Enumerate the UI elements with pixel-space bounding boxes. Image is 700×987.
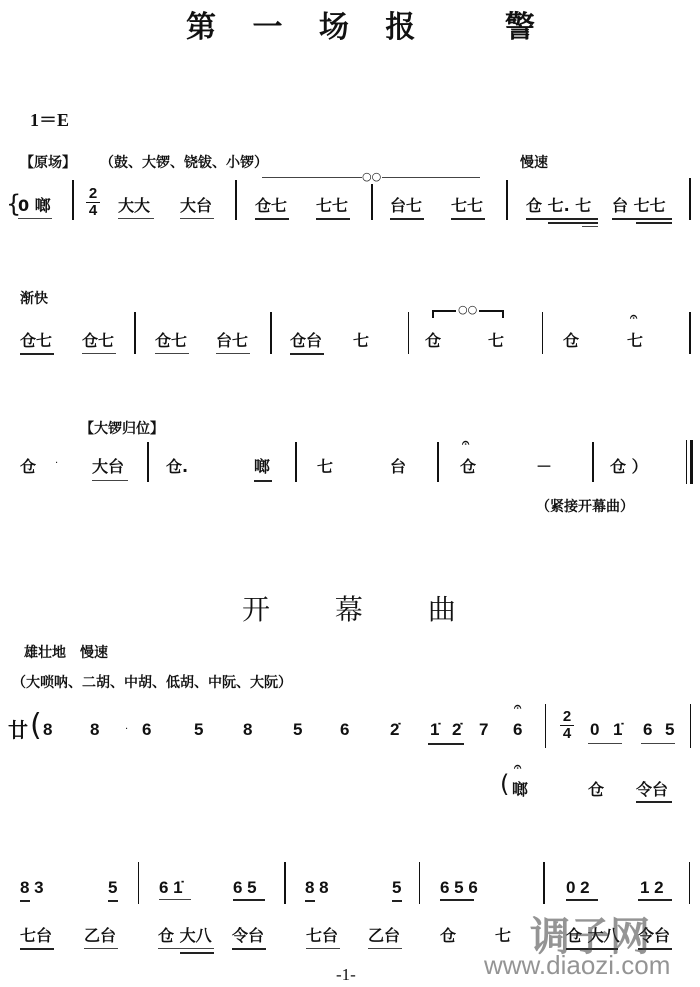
note-group: 仓 bbox=[588, 777, 604, 800]
page-number: -1- bbox=[336, 965, 356, 985]
note-group: 大台 bbox=[92, 454, 124, 477]
note-group: 6 5 6 bbox=[440, 878, 478, 898]
bar-line bbox=[689, 312, 691, 354]
bar-line bbox=[295, 442, 297, 482]
beam-underline bbox=[588, 743, 622, 744]
note: 7 bbox=[479, 720, 488, 740]
note-group: 台七 bbox=[390, 193, 422, 216]
title-char: 开 bbox=[242, 593, 270, 626]
note: 8 bbox=[43, 720, 52, 740]
note-group: 0 2 bbox=[566, 878, 590, 898]
bar-line bbox=[408, 312, 409, 354]
note-group: 仓 bbox=[460, 454, 476, 477]
section-label: 【原场】 bbox=[20, 152, 76, 172]
beam-underline bbox=[20, 900, 30, 902]
beam-underline bbox=[180, 218, 214, 219]
beam-underline bbox=[638, 899, 672, 901]
note-group: 乙台 bbox=[84, 923, 116, 946]
title-char: 曲 bbox=[428, 593, 456, 626]
beam-underline bbox=[636, 222, 672, 224]
brace-icon: ( bbox=[500, 770, 509, 798]
note-group: 七 bbox=[495, 923, 511, 946]
ts-top: 2 bbox=[86, 187, 100, 201]
tempo-marking: 慢速 bbox=[520, 152, 548, 172]
ts-bottom: 4 bbox=[86, 204, 100, 218]
title-char: 一 bbox=[252, 10, 284, 45]
beam-underline bbox=[368, 948, 402, 949]
fermata-icon: 𝄐 bbox=[462, 436, 469, 451]
fermata-icon: 𝄐 bbox=[630, 310, 637, 325]
bar-line bbox=[284, 862, 286, 904]
note-group: 七 bbox=[317, 454, 333, 477]
beam-underline bbox=[92, 480, 128, 481]
note-group: 仓 bbox=[440, 923, 456, 946]
beam-underline bbox=[306, 948, 340, 949]
ts-bottom: 4 bbox=[560, 727, 574, 741]
section-title: 开 幕 曲 bbox=[242, 588, 456, 628]
note-group: － bbox=[536, 454, 552, 477]
note-group: 七七 bbox=[316, 193, 348, 216]
note-group: 仓 bbox=[425, 328, 441, 351]
bar-line bbox=[147, 442, 149, 482]
note-group: 5 bbox=[108, 878, 117, 898]
note-group: 令台 bbox=[232, 923, 264, 946]
repeat-mark: ○○ bbox=[456, 303, 479, 316]
beam-underline bbox=[155, 353, 189, 354]
slur-line bbox=[382, 177, 480, 178]
note-group: 仓七 bbox=[20, 328, 52, 351]
beam-underline bbox=[18, 218, 52, 219]
note: 2̇ bbox=[452, 720, 461, 740]
note-group: 七 bbox=[627, 328, 643, 351]
note-group: 仓. bbox=[166, 454, 188, 477]
bar-line bbox=[371, 184, 373, 220]
beam-underline bbox=[440, 899, 474, 901]
note: 8 bbox=[243, 720, 252, 740]
instrument-list: （大唢呐、二胡、中胡、低胡、中阮、大阮） bbox=[12, 672, 292, 692]
beam-underline bbox=[84, 948, 118, 949]
note-group: 七台 bbox=[306, 923, 338, 946]
free-meter-mark: 廿 bbox=[8, 714, 28, 743]
bar-line bbox=[689, 178, 691, 220]
note-group: 大台 bbox=[180, 193, 212, 216]
bar-line bbox=[506, 180, 508, 220]
beam-underline bbox=[20, 948, 54, 950]
beam-underline bbox=[582, 226, 598, 227]
bar-line bbox=[134, 312, 136, 354]
note-group: 5 bbox=[392, 878, 401, 898]
beam-underline bbox=[428, 743, 464, 745]
note-group: 七台 bbox=[20, 923, 52, 946]
beam-underline bbox=[548, 222, 598, 224]
beam-underline bbox=[108, 900, 118, 902]
note: 0 bbox=[590, 720, 599, 740]
beam-underline bbox=[158, 948, 214, 949]
segue-note: （紧接开幕曲） bbox=[536, 496, 634, 516]
note-group: 台七 bbox=[216, 328, 248, 351]
note-group: 仓 bbox=[563, 328, 579, 351]
title-char: 报 bbox=[385, 10, 417, 45]
beam-underline bbox=[566, 899, 598, 901]
bar-line bbox=[689, 862, 690, 904]
instrument-list: （鼓、大锣、铙钹、小锣） bbox=[100, 152, 268, 172]
note-group: 仓 bbox=[20, 454, 36, 477]
fermata-icon: 𝄐 bbox=[514, 700, 521, 715]
note: 5 bbox=[665, 720, 674, 740]
beam-underline bbox=[159, 899, 191, 900]
bar-line bbox=[72, 180, 74, 220]
watermark-url: www.diaozi.com bbox=[484, 950, 670, 981]
note: 6 bbox=[513, 720, 522, 740]
beam-underline bbox=[526, 218, 598, 220]
bar-line bbox=[270, 312, 272, 354]
note-group: 1 2 bbox=[640, 878, 664, 898]
brace-icon: ( bbox=[30, 708, 42, 743]
bar-line bbox=[592, 442, 594, 482]
key-signature: 1＝E bbox=[30, 106, 69, 132]
note-group: 6 1̇ bbox=[159, 878, 183, 898]
ts-top: 2 bbox=[560, 710, 574, 724]
note-group: 大大 bbox=[118, 193, 150, 216]
expression-marking: 雄壮地 慢速 bbox=[24, 642, 108, 662]
bar-line bbox=[542, 312, 543, 354]
dot: · bbox=[55, 458, 58, 469]
note: 8 bbox=[90, 720, 99, 740]
beam-underline bbox=[390, 218, 424, 220]
title-char: 第 bbox=[186, 10, 218, 45]
beam-underline bbox=[82, 353, 116, 354]
time-signature: 2 4 bbox=[86, 187, 100, 218]
title-char: 警 bbox=[505, 10, 537, 45]
title-char: 幕 bbox=[335, 593, 363, 626]
note: 1̇ bbox=[430, 720, 439, 740]
note-group: 令台 bbox=[636, 777, 668, 800]
note-group: 0 啷 bbox=[18, 193, 51, 216]
note: 5 bbox=[293, 720, 302, 740]
beam-underline bbox=[641, 743, 675, 744]
note-group: 啷 bbox=[512, 777, 528, 800]
bar-line bbox=[138, 862, 139, 904]
note-group: 台 七七 bbox=[612, 193, 666, 216]
page-title: 第 一 场 报 警 bbox=[186, 2, 537, 46]
tempo-marking: 渐快 bbox=[20, 288, 48, 308]
final-bar-line bbox=[686, 440, 687, 484]
beam-underline bbox=[232, 948, 266, 950]
beam-underline bbox=[118, 218, 154, 219]
time-signature: 2 4 bbox=[560, 710, 574, 741]
beam-underline bbox=[451, 218, 485, 220]
title-char: 场 bbox=[319, 10, 351, 45]
note-group: 仓七 bbox=[255, 193, 287, 216]
beam-underline bbox=[636, 801, 672, 803]
note-group: 6 5 bbox=[233, 878, 257, 898]
note-group: 仓 大八 bbox=[158, 923, 212, 946]
note-group: 仓七 bbox=[155, 328, 187, 351]
repeat-mark: ○○ bbox=[362, 170, 381, 183]
beam-underline bbox=[612, 218, 672, 220]
beam-underline bbox=[290, 353, 324, 355]
note-group: 七七 bbox=[451, 193, 483, 216]
beam-underline bbox=[180, 952, 214, 954]
note-group: 啷 bbox=[254, 454, 270, 477]
note-group: 8 8 bbox=[305, 878, 329, 898]
bar-line bbox=[437, 442, 439, 482]
note-group: 仓七 bbox=[82, 328, 114, 351]
beam-underline bbox=[233, 899, 265, 901]
note-group: 仓台 bbox=[290, 328, 322, 351]
beam-underline bbox=[254, 480, 272, 482]
note: 5 bbox=[194, 720, 203, 740]
note: 6 bbox=[340, 720, 349, 740]
note: 6 bbox=[643, 720, 652, 740]
final-bar-line bbox=[690, 440, 693, 484]
note: 1̇ bbox=[613, 720, 622, 740]
note-group: 乙台 bbox=[368, 923, 400, 946]
note-group: 8 3 bbox=[20, 878, 44, 898]
note-group: 台 bbox=[390, 454, 406, 477]
beam-underline bbox=[392, 900, 402, 902]
beam-underline bbox=[316, 218, 350, 220]
bar-line bbox=[543, 862, 545, 904]
note-group: 仓 ） bbox=[610, 454, 648, 477]
fermata-icon: 𝄐 bbox=[514, 760, 521, 775]
note: 6 bbox=[142, 720, 151, 740]
bar-line bbox=[545, 704, 546, 748]
note-group: 七 bbox=[353, 328, 369, 351]
section-label: 【大锣归位】 bbox=[80, 418, 164, 438]
beam-underline bbox=[20, 353, 54, 355]
dot: · bbox=[125, 724, 128, 735]
bar-line bbox=[235, 180, 237, 220]
bar-line bbox=[419, 862, 420, 904]
note-group: 七 bbox=[488, 328, 504, 351]
note: 2̇ bbox=[390, 720, 399, 740]
beam-underline bbox=[216, 353, 250, 354]
slur-line bbox=[262, 177, 362, 178]
note-group: 仓 七. 七 bbox=[526, 193, 591, 216]
bar-line bbox=[690, 704, 691, 748]
beam-underline bbox=[305, 900, 315, 902]
beam-underline bbox=[255, 218, 289, 220]
